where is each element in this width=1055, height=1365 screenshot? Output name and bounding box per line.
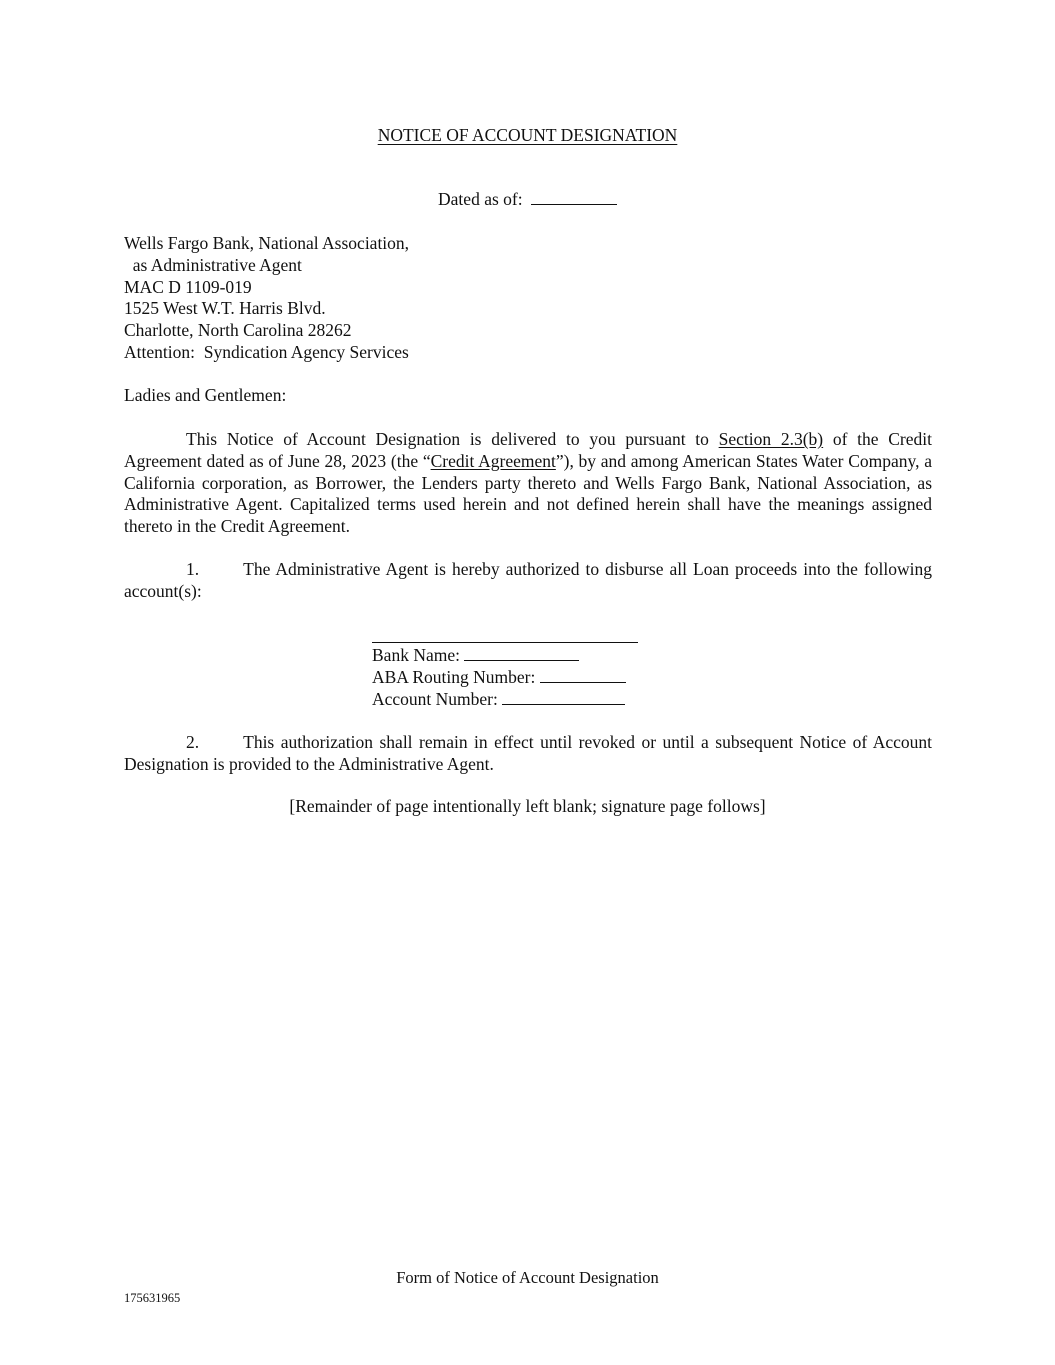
address-line: MAC D 1109-019	[124, 277, 409, 299]
document-title: NOTICE OF ACCOUNT DESIGNATION	[0, 125, 1055, 147]
account-number-field[interactable]	[502, 690, 625, 705]
bank-name-row: Bank Name:	[372, 645, 638, 667]
recipient-address: Wells Fargo Bank, National Association, …	[124, 233, 409, 364]
intro-text: This Notice of Account Designation is de…	[186, 429, 719, 449]
address-line: Attention: Syndication Agency Services	[124, 342, 409, 364]
account-number-label: Account Number:	[372, 689, 498, 709]
aba-routing-field[interactable]	[540, 668, 626, 683]
footer-title: Form of Notice of Account Designation	[0, 1267, 1055, 1289]
section-reference: Section 2.3(b)	[719, 429, 824, 449]
account-details: Bank Name: ABA Routing Number: Account N…	[372, 622, 638, 711]
account-blank-line[interactable]	[372, 622, 638, 643]
remainder-note: [Remainder of page intentionally left bl…	[0, 796, 1055, 818]
paragraph-number: 2.	[186, 732, 199, 752]
numbered-paragraph-1: 1.The Administrative Agent is hereby aut…	[124, 559, 932, 603]
aba-routing-label: ABA Routing Number:	[372, 667, 535, 687]
dated-label: Dated as of:	[438, 189, 523, 209]
address-line: Wells Fargo Bank, National Association,	[124, 233, 409, 255]
date-blank-field[interactable]	[531, 190, 617, 205]
address-line: as Administrative Agent	[124, 255, 409, 277]
numbered-paragraph-2: 2.This authorization shall remain in eff…	[124, 732, 932, 776]
intro-paragraph: This Notice of Account Designation is de…	[124, 429, 932, 538]
dated-as-of: Dated as of:	[0, 189, 1055, 211]
aba-routing-row: ABA Routing Number:	[372, 667, 638, 689]
paragraph-text: This authorization shall remain in effec…	[124, 732, 932, 774]
paragraph-text: The Administrative Agent is hereby autho…	[124, 559, 932, 601]
bank-name-label: Bank Name:	[372, 645, 460, 665]
document-number: 175631965	[124, 1288, 180, 1310]
salutation: Ladies and Gentlemen:	[124, 385, 286, 407]
address-line: Charlotte, North Carolina 28262	[124, 320, 409, 342]
address-line: 1525 West W.T. Harris Blvd.	[124, 298, 409, 320]
defined-term: Credit Agreement	[431, 451, 556, 471]
account-number-row: Account Number:	[372, 689, 638, 711]
bank-name-field[interactable]	[464, 646, 579, 661]
paragraph-number: 1.	[186, 559, 199, 579]
